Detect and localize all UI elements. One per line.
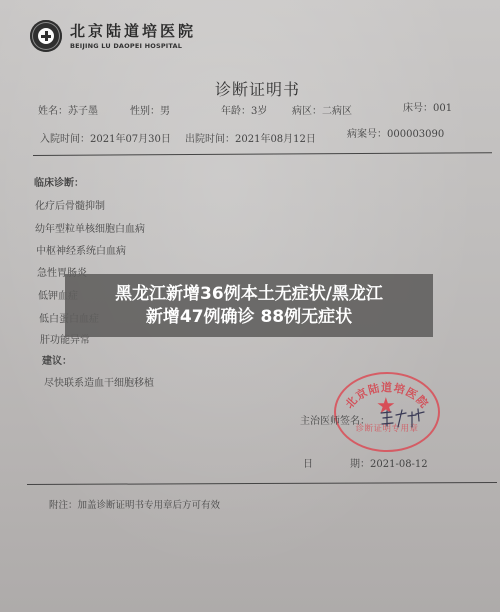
doctor-signature-label: 主治医师签名： (300, 412, 370, 427)
gender-label: 性别： (130, 106, 160, 117)
issue-date: 2021-08-12 (370, 459, 428, 470)
hospital-header: 北京陆道培医院 BEIJING LU DAOPEI HOSPITAL (30, 20, 196, 52)
patient-ward: 二病区 (322, 106, 352, 117)
advice-label: 建议： (42, 352, 72, 367)
header-divider (33, 152, 492, 156)
date-field: 期：2021-08-12 (350, 455, 428, 470)
admit-date-field: 入院时间：2021年07月30日 (40, 130, 171, 145)
discharge-date-field: 出院时间：2021年08月12日 (185, 130, 316, 145)
case-label: 病案号： (347, 129, 387, 140)
discharge-date: 2021年08月12日 (235, 134, 316, 145)
bed-field: 床号：001 (403, 99, 452, 114)
headline-line-2: 新增47例确诊 88例无症状 (115, 306, 383, 329)
doctor-signature (378, 407, 426, 429)
date-label-2: 期： (350, 459, 370, 470)
bed-label: 床号： (403, 103, 433, 114)
admit-label: 入院时间： (40, 134, 90, 145)
gender-field: 性别：男 (130, 102, 170, 117)
patient-name: 苏子墨 (68, 106, 98, 117)
footnote: 附注：加盖诊断证明书专用章后方可有效 (49, 497, 220, 511)
headline-overlay: 黑龙江新增36例本土无症状/黑龙江 新增47例确诊 88例无症状 (65, 274, 433, 337)
patient-name-field: 姓名：苏子墨 (38, 102, 98, 117)
diagnosis-item: 化疗后骨髓抑制 (35, 197, 105, 212)
headline-line-1: 黑龙江新增36例本土无症状/黑龙江 (115, 283, 383, 306)
date-label-1: 日 (303, 455, 313, 470)
case-number: 000003090 (387, 129, 444, 140)
hospital-cross-logo-icon (30, 20, 62, 52)
hospital-name-en: BEIJING LU DAOPEI HOSPITAL (70, 42, 196, 50)
diagnosis-item: 幼年型粒单核细胞白血病 (35, 220, 145, 235)
hospital-name-cn: 北京陆道培医院 (70, 22, 196, 40)
ward-field: 病区：二病区 (292, 102, 352, 117)
document-title: 诊断证明书 (215, 77, 300, 100)
admit-date: 2021年07月30日 (90, 134, 171, 145)
patient-age: 3岁 (251, 106, 267, 117)
name-label: 姓名： (38, 106, 68, 117)
age-label: 年龄： (221, 106, 251, 117)
discharge-label: 出院时间： (185, 134, 235, 145)
case-number-field: 病案号：000003090 (347, 125, 444, 140)
age-field: 年龄：3岁 (221, 102, 267, 117)
footer-divider (27, 482, 497, 485)
diagnosis-label: 临床诊断： (34, 174, 84, 189)
ward-label: 病区： (292, 106, 322, 117)
diagnosis-item: 中枢神经系统白血病 (36, 242, 126, 257)
patient-gender: 男 (160, 106, 170, 117)
patient-bed: 001 (433, 103, 452, 114)
advice-text: 尽快联系造血干细胞移植 (44, 374, 154, 389)
